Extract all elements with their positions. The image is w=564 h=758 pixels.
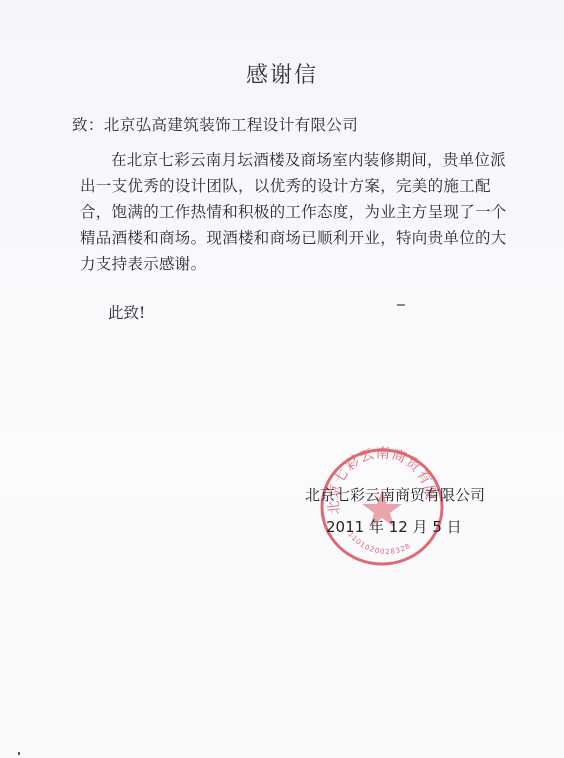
letter-page: 感谢信 致：北京弘高建筑装饰工程设计有限公司 在北京七彩云南月坛酒楼及商场室内装… [0, 0, 564, 758]
salutation: 致：北京弘高建筑装饰工程设计有限公司 [72, 113, 358, 135]
scan-speck [397, 304, 405, 306]
closing-text: 此致! [108, 301, 145, 323]
letter-title: 感谢信 [0, 58, 564, 89]
company-seal-icon: 北京七彩云南商贸有限公司 1101020028328 [318, 446, 446, 568]
scan-speck [18, 752, 20, 755]
signature-date: 2011 年 12 月 5 日 [326, 516, 462, 537]
letter-body: 在北京七彩云南月坛酒楼及商场室内装修期间，贵单位派出一支优秀的设计团队，以优秀的… [80, 147, 520, 277]
signature-company: 北京七彩云南商贸有限公司 [305, 484, 485, 505]
